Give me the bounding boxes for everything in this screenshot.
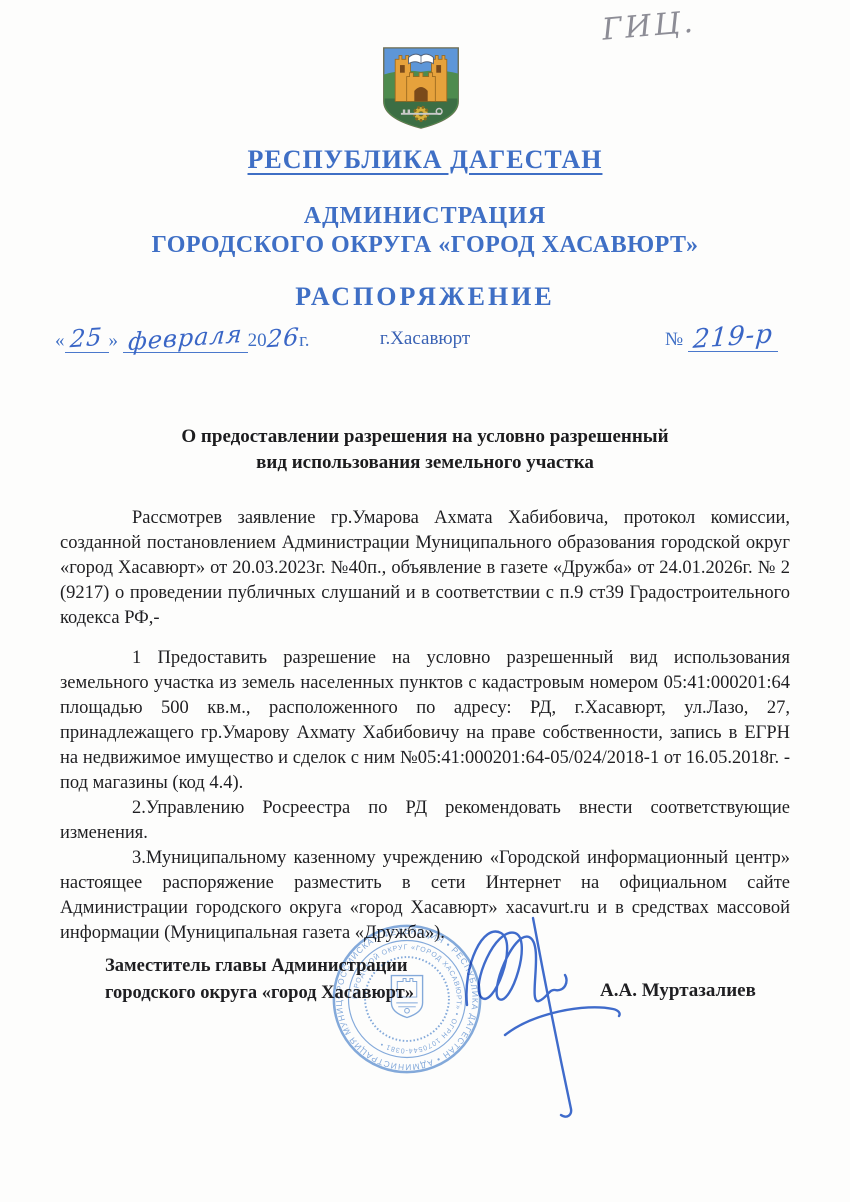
number-field: № 219-р [665,324,778,352]
close-quote: » [109,330,119,351]
header-administration-line1: АДМИНИСТРАЦИЯ [0,203,850,230]
number-sign: № [665,329,683,350]
open-quote: « [55,330,65,351]
document-title: О предоставлении разрешения на условно р… [60,424,790,476]
paragraph-preamble: Рассмотрев заявление гр.Умарова Ахмата Х… [60,506,790,631]
paragraph-item-1: 1 Предоставить разрешение на условно раз… [60,646,790,796]
document-title-line2: вид использования земельного участка [60,450,790,476]
header-administration-line2: ГОРОДСКОГО ОКРУГА «ГОРОД ХАСАВЮРТ» [0,232,850,259]
city-label: г.Хасавюрт [360,328,490,350]
signature-loops [466,932,566,1005]
handwritten-number: 219-р [692,321,774,353]
date-row: «25» февраля2026г. г.Хасавюрт № 219-р [0,324,850,364]
key-bit2 [408,110,410,114]
header-republic: РЕСПУБЛИКА ДАГЕСТАН [0,145,850,175]
tower-window-right [436,65,441,73]
handwritten-year: 26 [266,325,300,351]
coat-of-arms [378,44,464,132]
signature-cross-stroke [505,1007,620,1035]
header-doc-type: РАСПОРЯЖЕНИЕ [0,282,850,312]
fortress-gate [414,87,427,101]
document-page: ГИЦ. РЕСПУБЛИКА ДАГЕСТАН АДМИНИСТРАЦИЯ Г… [0,0,850,1202]
handwritten-corner-note: ГИЦ. [601,3,714,47]
year-suffix: г. [299,330,309,351]
handwritten-day: 25 [69,325,103,351]
handwritten-month: февраля [127,322,243,354]
date-field: «25» февраля2026г. [55,326,310,353]
header-republic-text: РЕСПУБЛИКА ДАГЕСТАН [248,145,603,174]
year-prefix: 20 [248,330,267,351]
stamp-emblem [391,976,422,1018]
document-title-line1: О предоставлении разрешения на условно р… [60,424,790,450]
tower-window-left [400,65,405,73]
paragraph-item-2: 2.Управлению Росреестра по РД рекомендов… [60,796,790,846]
handwritten-signature [435,893,685,1143]
key-bit1 [403,110,405,114]
document-body: Рассмотрев заявление гр.Умарова Ахмата Х… [60,506,790,946]
